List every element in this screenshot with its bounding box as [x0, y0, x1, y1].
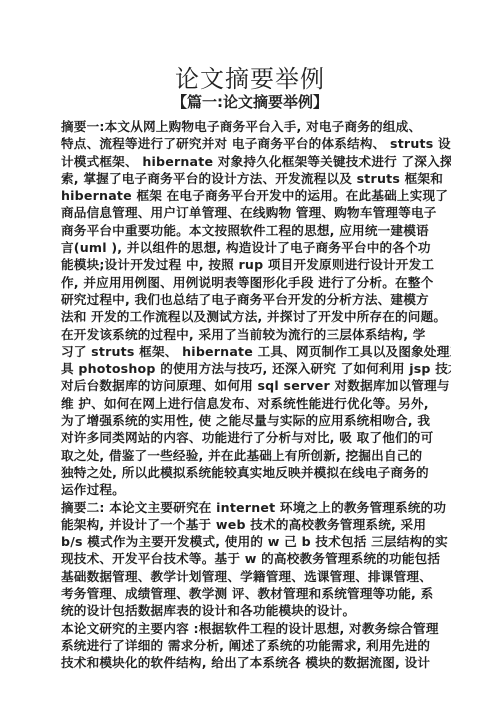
text-line: 能模块;设计开发过程 中, 按照 rup 项目开发原则进行设计开发工 [61, 256, 451, 273]
text-line: 对许多同类网站的内容、功能进行了分析与对比, 吸 取了他们的可 [61, 429, 451, 446]
text-line: 为了增强系统的实用性, 使 之能尽量与实际的应用系统相吻合, 我 [61, 412, 451, 429]
text-line: 商务平台中重要功能。本文按照软件工程的思想, 应用统一建模语 [61, 222, 451, 239]
document-body: 摘要一:本文从网上购物电子商务平台入手, 对电子商务的组成、 特点、流程等进行了… [61, 118, 451, 672]
text-line: 言(uml ), 并以组件的思想, 构造设计了电子商务平台中的各个功 [61, 239, 451, 256]
text-line: 取之处, 借鉴了一些经验, 并在此基础上有所创新, 挖掘出自己的 [61, 447, 451, 464]
text-line: 摘要二: 本论文主要研究在 internet 环境之上的教务管理系统的功 [61, 499, 451, 516]
text-line: 索, 掌握了电子商务平台的设计方法、开发流程以及 struts 框架和 [61, 170, 451, 187]
text-line: 对后台数据库的访问原理、如何用 sql server 对数据库加以管理与 [61, 377, 451, 394]
text-line: 法和 开发的工作流程以及测试方法, 并探讨了开发中所存在的问题。 [61, 308, 451, 325]
text-line: hibernate 框架 在电子商务平台开发中的运用。在此基础上实现了 [61, 187, 451, 204]
text-line: 商品信息管理、用户订单管理、在线购物 管理、购物车管理等电子 [61, 204, 451, 221]
document-subtitle: 【篇一:论文摘要举例】 [0, 92, 500, 112]
text-line: 维 护、如何在网上进行信息发布、对系统性能进行优化等。另外, [61, 395, 451, 412]
text-line: 本论文研究的主要内容 :根据软件工程的设计思想, 对教务综合管理 [61, 620, 451, 637]
text-line: 基础数据管理、教学计划管理、学籍管理、选课管理、排课管理、 [61, 568, 451, 585]
text-line: 研究过程中, 我们也总结了电子商务平台开发的分析方法、建模方 [61, 291, 451, 308]
text-line: 计模式框架、 hibernate 对象持久化框架等关键技术进行 了深入探 [61, 153, 451, 170]
text-line: 技术和模块化的软件结构, 给出了本系统各 模块的数据流图, 设计 [61, 654, 451, 671]
text-line: 在开发该系统的过程中, 采用了当前较为流行的三层体系结构, 学 [61, 326, 451, 343]
text-line: 系统进行了详细的 需求分析, 阐述了系统的功能需求, 利用先进的 [61, 637, 451, 654]
text-line: 习了 struts 框架、 hibernate 工具、网页制作工具以及图象处理工 [61, 343, 451, 360]
text-line: 运作过程。 [61, 481, 451, 498]
text-line: 考务管理、成绩管理、教学测 评、教材管理和系统管理等功能, 系 [61, 585, 451, 602]
document-title: 论文摘要举例 [0, 64, 500, 94]
text-line: 具 photoshop 的使用方法与技巧, 还深入研究 了如何利用 jsp 技术 [61, 360, 451, 377]
text-line: 独特之处, 所以此模拟系统能较真实地反映并模拟在线电子商务的 [61, 464, 451, 481]
text-line: b/s 模式作为主要开发模式, 使用的 w 己 b 技术包括 三层结构的实 [61, 533, 451, 550]
text-line: 统的设计包括数据库表的设计和各功能模块的设计。 [61, 602, 451, 619]
text-line: 现技术、开发平台技术等。基于 w 的高校教务管理系统的功能包括 [61, 550, 451, 567]
text-line: 特点、流程等进行了研究并对 电子商务平台的体系结构、 struts 设 [61, 135, 451, 152]
text-line: 能架构, 并设计了一个基于 web 技术的高校教务管理系统, 采用 [61, 516, 451, 533]
text-line: 作, 并应用用例图、用例说明表等图形化手段 进行了分析。在整个 [61, 274, 451, 291]
text-line: 摘要一:本文从网上购物电子商务平台入手, 对电子商务的组成、 [61, 118, 451, 135]
